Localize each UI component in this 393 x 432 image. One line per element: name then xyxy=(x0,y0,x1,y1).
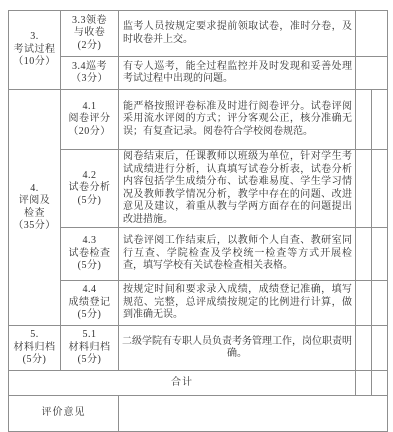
category-line: (5分) xyxy=(9,354,60,367)
row-total: 合计 xyxy=(9,371,388,396)
category-line: 检查 xyxy=(9,208,60,221)
category-line: 考试过程 xyxy=(9,44,60,57)
score-cell-4-3-b xyxy=(372,228,388,281)
item-line: 试卷分析 xyxy=(61,182,118,195)
item-line: 4.4 xyxy=(61,284,118,297)
item-line: (5分) xyxy=(61,260,118,273)
row-opinion: 评价意见 xyxy=(9,396,388,432)
item-line: （3分） xyxy=(61,73,118,86)
score-cell-3-3 xyxy=(356,11,388,57)
item-line: （20分） xyxy=(61,126,118,139)
total-label: 合计 xyxy=(9,371,356,396)
item-cell-4-2: 4.2 试卷分析 (5分) xyxy=(61,150,119,228)
desc-cell-3-4: 有专人巡考，能全过程监控并及时发现和妥善处理考试过程中出现的问题。 xyxy=(119,57,356,90)
item-line: 试卷检查 xyxy=(61,248,118,261)
desc-cell-5-1: 二级学院有专职人员负责考务管理工作，岗位职责明确。 xyxy=(119,326,356,371)
row-5-1: 5. 材料归档 (5分) 5.1 材料归档 (5分) 二级学院有专职人员负责考务… xyxy=(9,326,388,371)
desc-cell-4-3: 试卷评阅工作结束后，以教师个人自查、教研室同行互查、学院检查及学校统一检查等方式… xyxy=(119,228,356,281)
row-4-4: 4.4 成绩登记 (5分) 按规定时间和要求录入成绩，成绩登记准确，填写规范、完… xyxy=(9,281,388,326)
item-line: 材料归档 xyxy=(61,342,118,355)
item-line: 5.1 xyxy=(61,329,118,342)
row-3-3: 3. 考试过程 （10分） 3.3领卷 与收卷 (2分) 监考人员按规定要求提前… xyxy=(9,11,388,57)
category-cell-archiving: 5. 材料归档 (5分) xyxy=(9,326,61,371)
category-line: 4. xyxy=(9,183,60,196)
item-cell-4-1: 4.1 阅卷评分 （20分） xyxy=(61,90,119,150)
item-line: 与收卷 xyxy=(61,27,118,40)
item-line: 3.4巡考 xyxy=(61,61,118,74)
desc-cell-3-3: 监考人员按规定要求提前领取试卷，准时分卷，及时收卷并上交。 xyxy=(119,11,356,57)
item-line: 4.2 xyxy=(61,170,118,183)
item-line: 成绩登记 xyxy=(61,297,118,310)
item-cell-4-4: 4.4 成绩登记 (5分) xyxy=(61,281,119,326)
score-cell-4-4-b xyxy=(372,281,388,326)
item-line: (2分) xyxy=(61,40,118,53)
item-line: 3.3领卷 xyxy=(61,15,118,28)
category-line: 材料归档 xyxy=(9,342,60,355)
score-cell-5-1-a xyxy=(356,326,372,371)
row-4-3: 4.3 试卷检查 (5分) 试卷评阅工作结束后，以教师个人自查、教研室同行互查、… xyxy=(9,228,388,281)
item-line: 4.3 xyxy=(61,235,118,248)
total-score-cell-a xyxy=(356,371,372,396)
category-line: （35分） xyxy=(9,220,60,233)
opinion-content-cell xyxy=(119,396,388,432)
score-cell-4-2-b xyxy=(372,150,388,228)
score-cell-4-4-a xyxy=(356,281,372,326)
item-cell-5-1: 5.1 材料归档 (5分) xyxy=(61,326,119,371)
evaluation-table: 3. 考试过程 （10分） 3.3领卷 与收卷 (2分) 监考人员按规定要求提前… xyxy=(8,10,388,432)
score-cell-4-1-a xyxy=(356,90,372,150)
desc-cell-4-4: 按规定时间和要求录入成绩，成绩登记准确，填写规范、完整，总评成绩按规定的比例进行… xyxy=(119,281,356,326)
item-cell-4-3: 4.3 试卷检查 (5分) xyxy=(61,228,119,281)
score-cell-4-3-a xyxy=(356,228,372,281)
desc-cell-4-2: 阅卷结束后，任课教师以班级为单位，针对学生考试成绩进行分析，认真填写试卷分析表，… xyxy=(119,150,356,228)
item-line: 4.1 xyxy=(61,101,118,114)
score-cell-5-1-b xyxy=(372,326,388,371)
category-line: 5. xyxy=(9,329,60,342)
category-cell-review-check: 4. 评阅及 检查 （35分） xyxy=(9,90,61,326)
category-line: （10分） xyxy=(9,56,60,69)
row-3-4: 3.4巡考 （3分） 有专人巡考，能全过程监控并及时发现和妥善处理考试过程中出现… xyxy=(9,57,388,90)
row-4-1: 4. 评阅及 检查 （35分） 4.1 阅卷评分 （20分） 能严格按照评卷标准… xyxy=(9,90,388,150)
category-cell-exam-process: 3. 考试过程 （10分） xyxy=(9,11,61,90)
item-cell-3-4: 3.4巡考 （3分） xyxy=(61,57,119,90)
score-cell-3-4 xyxy=(356,57,388,90)
row-4-2: 4.2 试卷分析 (5分) 阅卷结束后，任课教师以班级为单位，针对学生考试成绩进… xyxy=(9,150,388,228)
score-cell-4-1-b xyxy=(372,90,388,150)
category-line: 3. xyxy=(9,31,60,44)
score-cell-4-2-a xyxy=(356,150,372,228)
category-line: 评阅及 xyxy=(9,195,60,208)
desc-cell-4-1: 能严格按照评卷标准及时进行阅卷评分。试卷评阅采用流水评阅的方式；评分客观公正，核… xyxy=(119,90,356,150)
item-line: (5分) xyxy=(61,195,118,208)
item-line: (5分) xyxy=(61,309,118,322)
total-score-cell-b xyxy=(372,371,388,396)
item-line: 阅卷评分 xyxy=(61,113,118,126)
opinion-label: 评价意见 xyxy=(9,396,119,432)
item-line: (5分) xyxy=(61,354,118,367)
item-cell-3-3: 3.3领卷 与收卷 (2分) xyxy=(61,11,119,57)
